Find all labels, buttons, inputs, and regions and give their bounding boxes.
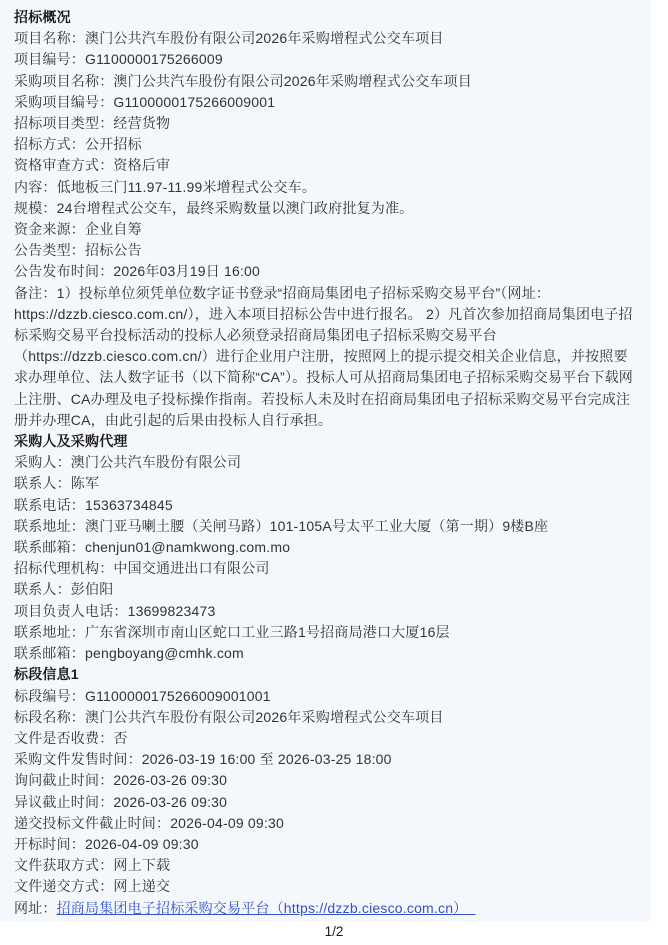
field-label: 网址： bbox=[14, 900, 57, 916]
field-line: 联系地址：广东省深圳市南山区蛇口工业三路1号招商局港口大厦16层 bbox=[14, 622, 637, 643]
field-line: 内容：低地板三门11.97-11.99米增程式公交车。 bbox=[14, 177, 637, 198]
section-heading: 采购人及采购代理 bbox=[14, 431, 637, 452]
field-line: 文件获取方式：网上下载 bbox=[14, 855, 637, 876]
field-line: 联系人：彭伯阳 bbox=[14, 579, 637, 600]
field-line: 招标方式：公开招标 bbox=[14, 134, 637, 155]
document-page: 招标概况项目名称：澳门公共汽车股份有限公司2026年采购增程式公交车项目项目编号… bbox=[0, 0, 651, 921]
field-line: 招标代理机构：中国交通进出口有限公司 bbox=[14, 558, 637, 579]
field-line: 采购项目编号：G1100000175266009001 bbox=[14, 92, 637, 113]
field-line: 网址：招商局集团电子招标采购交易平台（https://dzzb.ciesco.c… bbox=[14, 898, 637, 919]
field-line: 异议截止时间：2026-03-26 09:30 bbox=[14, 792, 637, 813]
field-line: 递交投标文件截止时间：2026-04-09 09:30 bbox=[14, 813, 637, 834]
field-line: 招标项目类型：经营货物 bbox=[14, 113, 637, 134]
field-line: 项目负责人电话：13699823473 bbox=[14, 601, 637, 622]
field-line: 规模：24台增程式公交车，最终采购数量以澳门政府批复为准。 bbox=[14, 198, 637, 219]
field-line: 采购文件发售时间：2026-03-19 16:00 至 2026-03-25 1… bbox=[14, 749, 637, 770]
platform-link[interactable]: 招商局集团电子招标采购交易平台（https://dzzb.ciesco.com.… bbox=[57, 900, 476, 916]
section-heading: 招标概况 bbox=[14, 7, 637, 28]
field-line: 联系邮箱：pengboyang@cmhk.com bbox=[14, 643, 637, 664]
field-line: 采购项目名称：澳门公共汽车股份有限公司2026年采购增程式公交车项目 bbox=[14, 71, 637, 92]
field-line: 询问截止时间：2026-03-26 09:30 bbox=[14, 770, 637, 791]
field-line: 公告类型：招标公告 bbox=[14, 240, 637, 261]
remarks-paragraph: 备注：1）投标单位须凭单位数字证书登录“招商局集团电子招标采购交易平台”（网址：… bbox=[14, 283, 637, 431]
field-line: 公告发布时间：2026年03月19日 16:00 bbox=[14, 261, 637, 282]
field-line: 开标时间：2026-04-09 09:30 bbox=[14, 834, 637, 855]
field-line: 联系人：陈军 bbox=[14, 473, 637, 494]
field-line: 标段名称：澳门公共汽车股份有限公司2026年采购增程式公交车项目 bbox=[14, 707, 637, 728]
field-line: 标段编号：G1100000175266009001001 bbox=[14, 686, 637, 707]
field-line: 项目编号：G1100000175266009 bbox=[14, 49, 637, 70]
field-line: 项目名称：澳门公共汽车股份有限公司2026年采购增程式公交车项目 bbox=[14, 28, 637, 49]
page-indicator: 1/2 bbox=[0, 921, 668, 943]
field-line: 采购人：澳门公共汽车股份有限公司 bbox=[14, 452, 637, 473]
field-line: 联系地址：澳门亚马喇土腰（关闸马路）101-105A号太平工业大厦（第一期）9楼… bbox=[14, 516, 637, 537]
field-line: 联系邮箱：chenjun01@namkwong.com.mo bbox=[14, 537, 637, 558]
section-heading: 标段信息1 bbox=[14, 664, 637, 685]
field-line: 文件递交方式：网上递交 bbox=[14, 876, 637, 897]
field-line: 联系电话：15363734845 bbox=[14, 495, 637, 516]
field-line: 资金来源：企业自筹 bbox=[14, 219, 637, 240]
field-line: 文件是否收费：否 bbox=[14, 728, 637, 749]
field-line: 资格审查方式：资格后审 bbox=[14, 155, 637, 176]
